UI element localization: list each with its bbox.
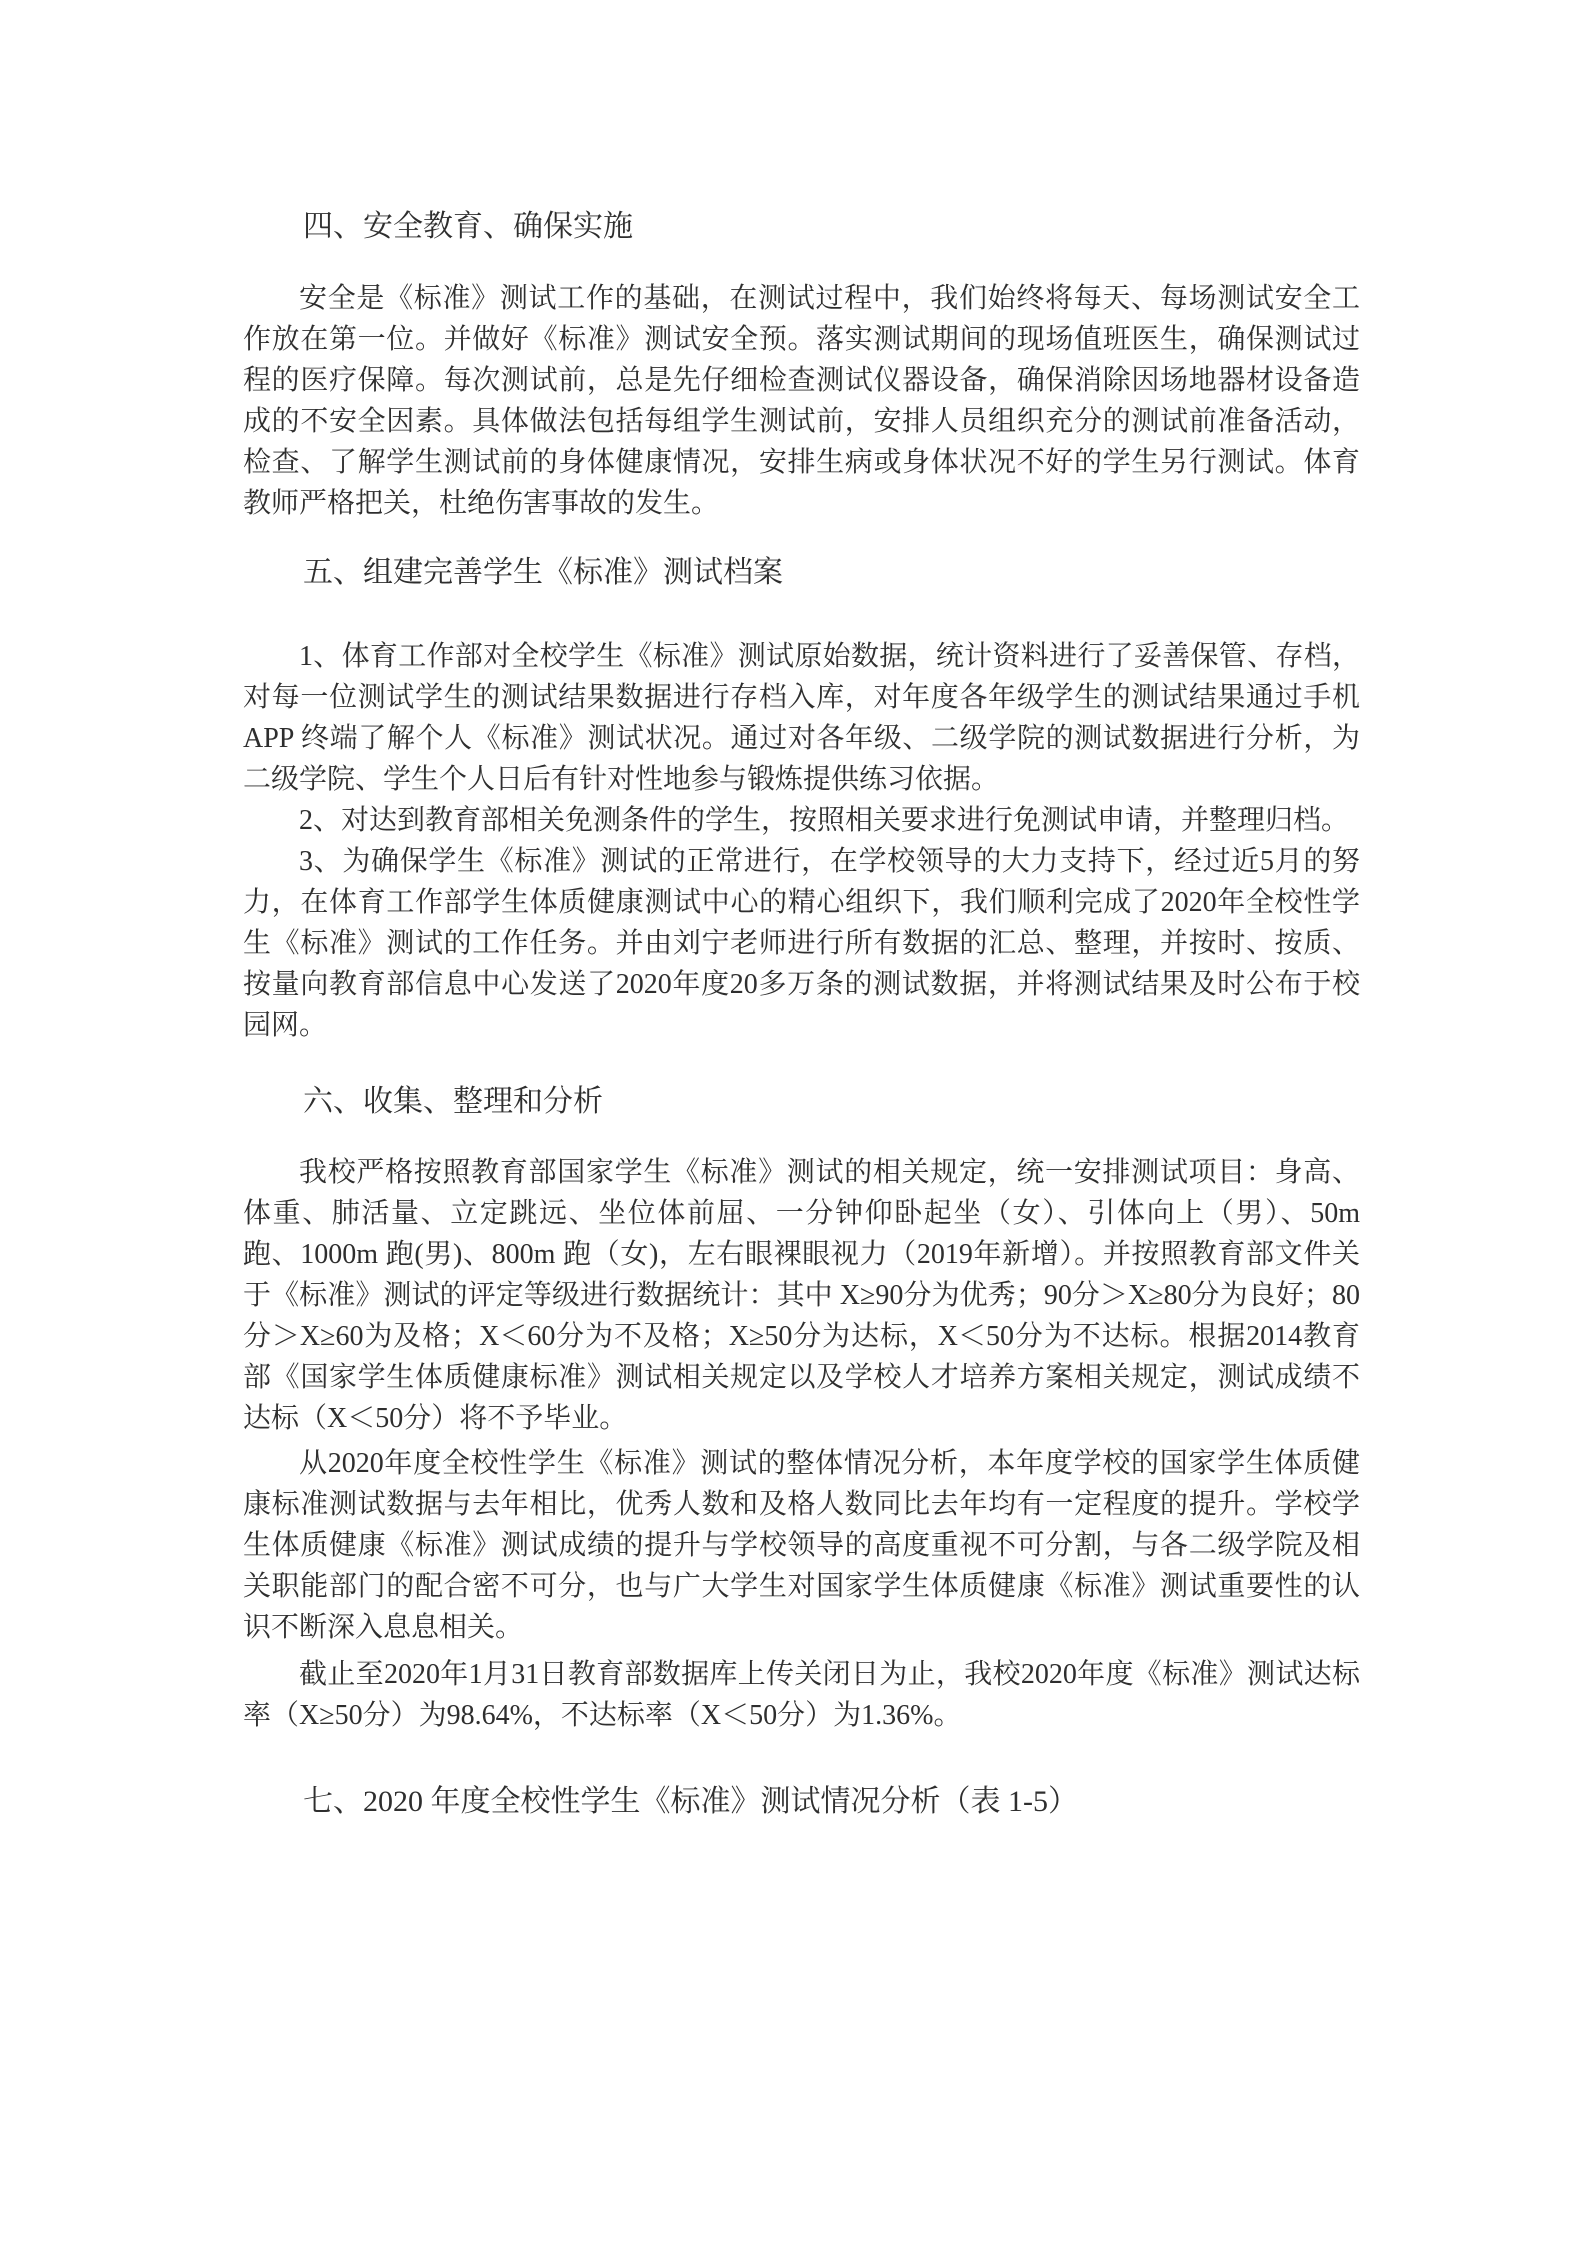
document-page: 四、安全教育、确保实施 安全是《标准》测试工作的基础，在测试过程中，我们始终将每…	[0, 0, 1587, 2245]
section-heading-6-collect-analyze: 六、收集、整理和分析	[243, 1080, 1360, 1124]
section-heading-7-situation-analysis: 七、2020 年度全校性学生《标准》测试情况分析（表 1-5）	[243, 1780, 1360, 1824]
paragraph-pass-rate: 截止至2020年1月31日教育部数据库上传关闭日为止，我校2020年度《标准》测…	[243, 1654, 1360, 1736]
document-content: 四、安全教育、确保实施 安全是《标准》测试工作的基础，在测试过程中，我们始终将每…	[243, 205, 1360, 1824]
paragraph-overall-analysis: 从2020年度全校性学生《标准》测试的整体情况分析，本年度学校的国家学生体质健康…	[243, 1443, 1360, 1648]
paragraph-test-items-grading: 我校严格按照教育部国家学生《标准》测试的相关规定，统一安排测试项目：身高、体重、…	[243, 1152, 1360, 1439]
paragraph-archive-item-2: 2、对达到教育部相关免测条件的学生，按照相关要求进行免测试申请，并整理归档。	[243, 800, 1360, 841]
paragraph-safety-measures: 安全是《标准》测试工作的基础，在测试过程中，我们始终将每天、每场测试安全工作放在…	[243, 278, 1360, 524]
section-heading-5-test-archives: 五、组建完善学生《标准》测试档案	[243, 551, 1360, 595]
paragraph-archive-item-1: 1、体育工作部对全校学生《标准》测试原始数据，统计资料进行了妥善保管、存档，对每…	[243, 636, 1360, 800]
paragraph-archive-item-3: 3、为确保学生《标准》测试的正常进行，在学校领导的大力支持下，经过近5月的努力，…	[243, 841, 1360, 1046]
section-heading-4-safety-education: 四、安全教育、确保实施	[243, 205, 1360, 249]
